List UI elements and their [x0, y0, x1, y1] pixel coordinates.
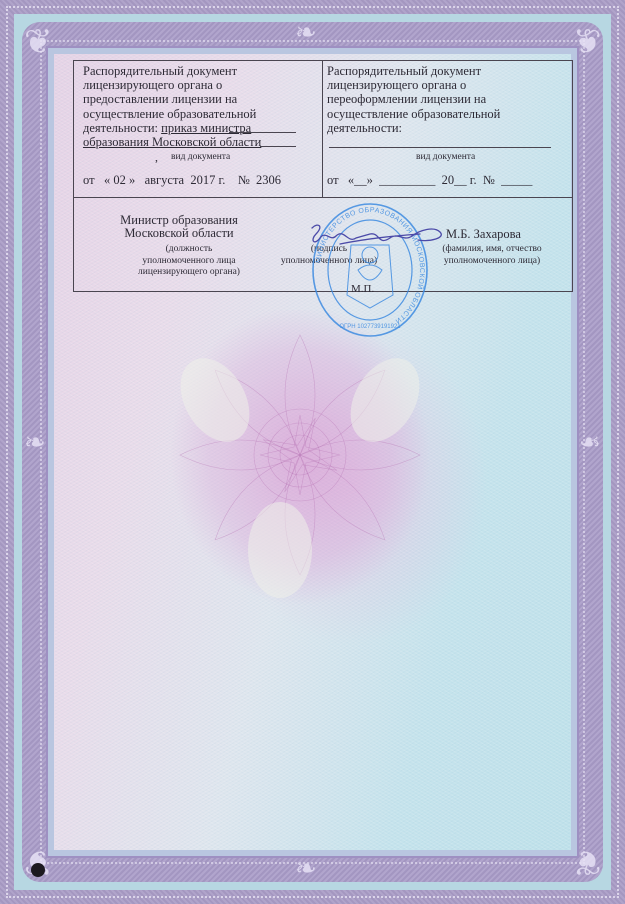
document-kind-value-cont: образования Московской области: [83, 135, 261, 149]
fill-line: [229, 132, 296, 133]
corner-scroll-ornament-icon: ❦: [573, 844, 602, 878]
grant-order-date: от « 02 » августа 2017 г. № 2306: [83, 173, 281, 188]
position-caption: (должность уполномоченного лица лицензир…: [89, 244, 289, 279]
grant-order-heading: Распорядительный документ лицензирующего…: [83, 64, 261, 149]
fill-line: [260, 146, 296, 147]
reissue-order-date: от «__» _________ 20__ г. № _____: [327, 173, 532, 188]
doc-kind-caption: вид документа: [416, 152, 475, 162]
seal-mark: М.П.: [351, 283, 374, 295]
reissue-order-heading: Распорядительный документ лицензирующего…: [327, 64, 500, 135]
grant-order-cell: Распорядительный документ лицензирующего…: [74, 61, 323, 197]
signature-row: Министр образования Московской области (…: [74, 198, 572, 291]
corner-scroll-ornament-icon: ❦: [573, 26, 602, 60]
side-scroll-ornament-icon: ❧: [24, 430, 46, 456]
bottom-scroll-ornament-icon: ❧: [295, 856, 317, 882]
signatory-position: Министр образования Московской области: [74, 214, 284, 240]
corner-scroll-ornament-icon: ❦: [24, 26, 53, 60]
license-order-table: Распорядительный документ лицензирующего…: [73, 60, 573, 292]
order-details-row: Распорядительный документ лицензирующего…: [74, 61, 572, 198]
doc-kind-caption: вид документа: [171, 152, 230, 162]
top-scroll-ornament-icon: ❧: [295, 20, 317, 46]
name-caption: (фамилия, имя, отчество уполномоченного …: [417, 244, 567, 267]
reissue-order-cell: Распорядительный документ лицензирующего…: [323, 61, 572, 197]
doc-kind-mark: ,: [155, 150, 158, 165]
signature-caption: (подпись уполномоченного лица): [274, 244, 384, 267]
document-kind-blank: [329, 147, 551, 148]
side-scroll-ornament-icon: ❧: [579, 430, 601, 456]
punch-hole: [31, 863, 45, 877]
signatory-name: М.Б. Захарова: [446, 227, 521, 242]
